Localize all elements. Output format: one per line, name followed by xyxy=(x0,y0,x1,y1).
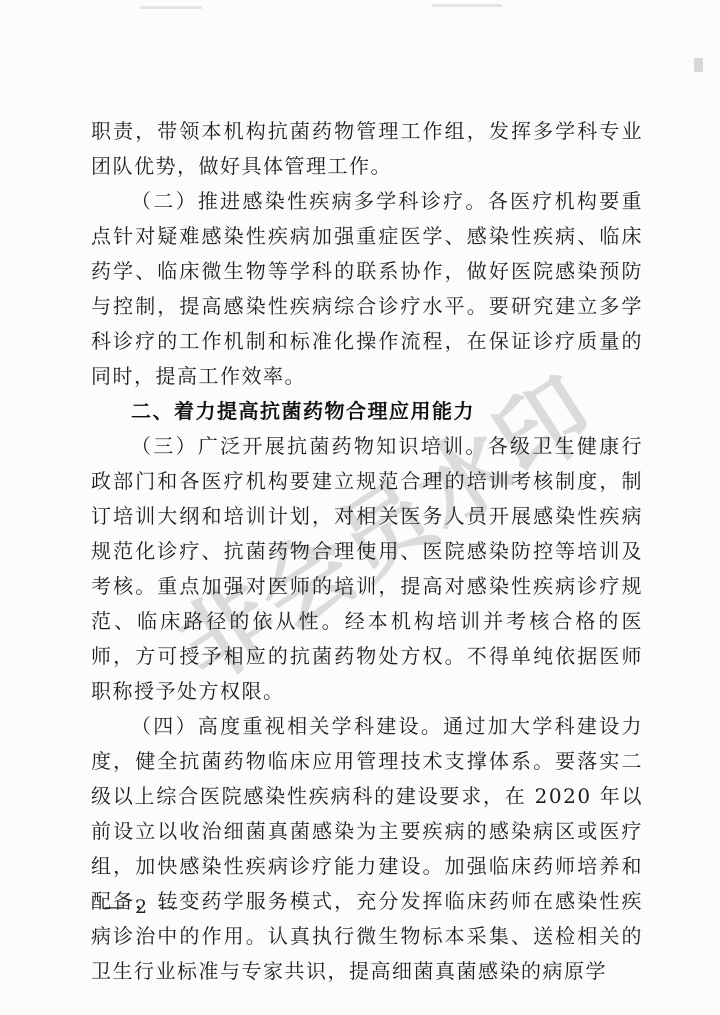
paragraph-item-3: （三）广泛开展抗菌药物知识培训。各级卫生健康行政部门和各医疗机构要建立规范合理的… xyxy=(91,429,643,709)
paragraph-item-2: （二）推进感染性疾病多学科诊疗。各医疗机构要重点针对疑难感染性疾病加强重症医学、… xyxy=(91,184,643,394)
page-number: — 2 — xyxy=(104,896,181,918)
scan-artifact xyxy=(694,58,703,72)
document-body: 职责，带领本机构抗菌药物管理工作组，发挥多学科专业团队优势，做好具体管理工作。 … xyxy=(91,114,643,989)
scan-artifact xyxy=(140,6,202,9)
scan-artifact xyxy=(432,4,502,7)
paragraph-item-4: （四）高度重视相关学科建设。通过加大学科建设力度，健全抗菌药物临床应用管理技术支… xyxy=(91,709,643,989)
paragraph-continuation: 职责，带领本机构抗菌药物管理工作组，发挥多学科专业团队优势，做好具体管理工作。 xyxy=(91,114,643,184)
section-heading: 二、着力提高抗菌药物合理应用能力 xyxy=(91,394,643,429)
document-page: 非会员水印 职责，带领本机构抗菌药物管理工作组，发挥多学科专业团队优势，做好具体… xyxy=(0,0,720,1015)
